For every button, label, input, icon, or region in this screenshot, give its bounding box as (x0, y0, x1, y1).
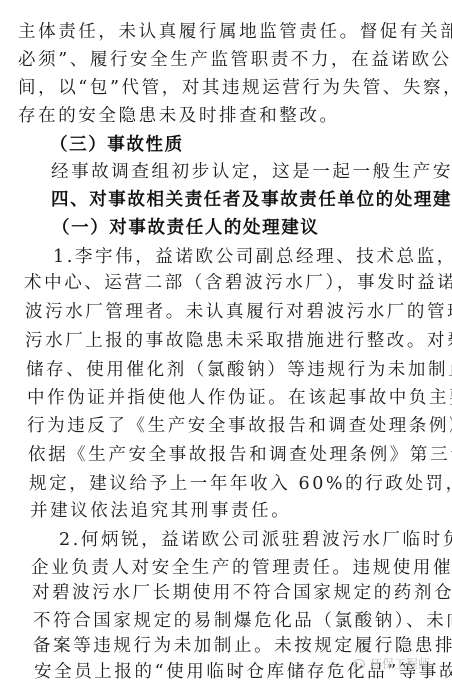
wechat-icon (352, 658, 366, 670)
text-line: 间，以“包”代管，对其违规运营行为失管、失察，对企业内部 (18, 78, 452, 98)
section-heading: （三）事故性质 (50, 135, 184, 155)
text-line: 波污水厂管理者。未认真履行对碧波污水厂的管理责任，对碧波 (25, 302, 452, 322)
text-line: 规定，建议给予上一年年收入 60%的行政处罚，计 16.56 万元， (29, 474, 452, 494)
text-line: 1.李宇伟，益诺欧公司副总经理、技术总监，分管公司的技 (53, 247, 452, 267)
text-line: 并建议依法追究其刑事责任。 (30, 501, 291, 521)
text-line: 主体责任，未认真履行属地监管责任。督促有关部门落实“三个 (18, 22, 452, 42)
text-line: 2.何炳锐，益诺欧公司派驻碧波污水厂临时负责人，未履行 (59, 530, 452, 550)
text-line: 备案等违规行为未加制止。未按规定履行隐患排查治理责任，对 (33, 636, 452, 656)
text-line: 行为违反了《生产安全事故报告和调查处理条例》第七条之规定， (27, 416, 452, 436)
text-line: 污水厂上报的事故隐患未采取措施进行整改。对碧波污水厂长期 (25, 331, 452, 351)
watermark-text: 环保工程师 (370, 655, 430, 672)
text-line: 不符合国家规定的易制爆危化品（氯酸钠）、未向当地公安部门 (33, 611, 452, 631)
text-line: 术中心、运营二部（含碧波污水厂），事发时益诺欧公司派驻碧 (24, 273, 452, 293)
watermark: 环保工程师 (352, 655, 430, 672)
text-line: 企业负责人对安全生产的管理责任。违规使用催化剂（氯酸钠）， (31, 558, 452, 578)
text-line: 必须”、履行安全生产监管职责不力，在益诺欧公司独立运营期 (18, 50, 452, 70)
document-page: 主体责任，未认真履行属地监管责任。督促有关部门落实“三个必须”、履行安全生产监管… (0, 0, 452, 686)
text-line: 中作伪证并指使他人作伪证。在该起事故中负主要领导责任。其 (27, 388, 452, 408)
section-heading: 四、对事故相关责任者及事故责任单位的处理建议 (51, 190, 452, 210)
text-line: 储存、使用催化剂（氯酸钠）等违规行为未加制止，在事故调查 (26, 360, 452, 380)
text-line: 对碧波污水厂长期使用不符合国家规定的药剂仓库、储存外包装 (32, 583, 452, 603)
section-heading: （一）对事故责任人的处理建议 (52, 218, 319, 238)
page-number: 6 (234, 667, 239, 677)
text-line: 存在的安全隐患未及时排查和整改。 (18, 106, 340, 126)
text-line: 经事故调查组初步认定，这是一起一般生产安全责任事故。 (51, 162, 452, 182)
text-line: 依据《生产安全事故报告和调查处理条例》第三十六条第五项之 (28, 445, 452, 465)
